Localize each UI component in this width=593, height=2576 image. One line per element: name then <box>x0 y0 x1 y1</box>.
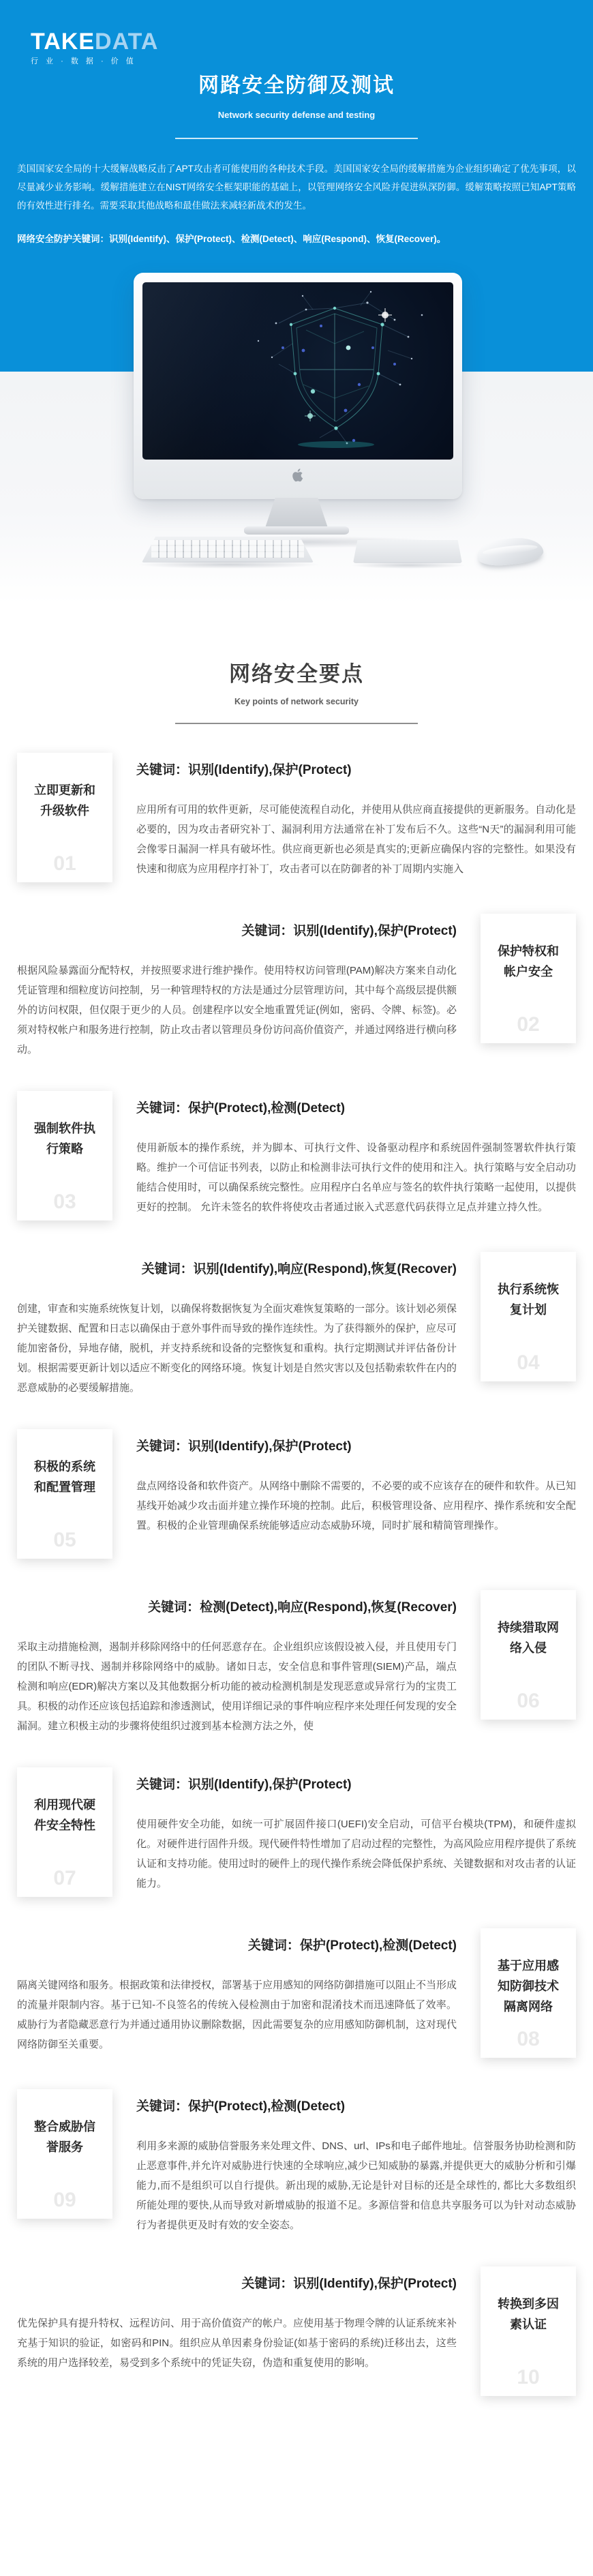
point-card: 利用现代硬件安全特性07 <box>17 1767 112 1897</box>
point-keyword-heading: 关键词：识别(Identify),响应(Respond),恢复(Recover) <box>17 1259 457 1277</box>
point-card: 立即更新和升级软件01 <box>17 753 112 882</box>
point-keyword-heading: 关键词：识别(Identify),保护(Protect) <box>136 760 576 778</box>
point-text-column: 关键词：识别(Identify),保护(Protect)优先保护具有提升特权、远… <box>17 2266 457 2373</box>
intro-paragraph: 美国国家安全局的十大缓解战略反击了APT攻击者可能使用的各种技术手段。美国国家安… <box>17 160 576 215</box>
security-point-04: 执行系统恢复计划04关键词：识别(Identify),响应(Respond),恢… <box>17 1252 576 1398</box>
point-keyword-heading: 关键词：识别(Identify),保护(Protect) <box>136 1774 576 1793</box>
section-divider <box>175 723 418 724</box>
imac-monitor <box>134 273 462 499</box>
keyboard-keys <box>151 540 304 558</box>
security-point-03: 强制软件执行策略03关键词：保护(Protect),检测(Detect)使用新版… <box>17 1091 576 1220</box>
trackpad-shadow <box>350 562 466 569</box>
point-card-number: 03 <box>53 1182 76 1212</box>
point-card-number: 09 <box>53 2181 76 2211</box>
intro-keywords-line: 网络安全防护关键词：识别(Identify)、保护(Protect)、检测(De… <box>17 231 576 245</box>
point-body-paragraph: 创建，审查和实施系统恢复计划，以确保将数据恢复为全面灾难恢复策略的一部分。该计划… <box>17 1299 457 1398</box>
point-keyword-heading: 关键词：识别(Identify),保护(Protect) <box>17 920 457 939</box>
point-card-title: 整合威胁信誉服务 <box>33 2116 97 2157</box>
imac-chin <box>142 460 453 491</box>
imac-illustration <box>0 273 593 586</box>
apple-logo-icon <box>290 467 306 483</box>
point-body-paragraph: 优先保护具有提升特权、远程访问、用于高价值资产的帐户。应使用基于物理令牌的认证系… <box>17 2313 457 2373</box>
point-card-title: 强制软件执行策略 <box>33 1118 97 1159</box>
point-card-number: 01 <box>53 844 76 874</box>
point-keyword-heading: 关键词：识别(Identify),保护(Protect) <box>136 1436 576 1454</box>
page: TAKEDATA 行 业 · 数 据 · 价 值 网路安全防御及测试 Netwo… <box>0 0 593 2471</box>
point-card-title: 执行系统恢复计划 <box>496 1279 561 1320</box>
security-point-01: 立即更新和升级软件01关键词：识别(Identify),保护(Protect)应… <box>17 753 576 882</box>
point-card-number: 07 <box>53 1859 76 1889</box>
point-keyword-heading: 关键词：保护(Protect),检测(Detect) <box>136 1098 576 1116</box>
point-body-paragraph: 盘点网络设备和软件资产。从网络中删除不需要的，不必要的或不应该存在的硬件和软件。… <box>136 1476 576 1536</box>
point-card-title: 利用现代硬件安全特性 <box>33 1795 97 1836</box>
point-text-column: 关键词：保护(Protect),检测(Detect)利用多来源的威胁信誉服务来处… <box>136 2089 576 2235</box>
point-card: 基于应用感知防御技术隔离网络08 <box>481 1928 576 2058</box>
security-points-list: 立即更新和升级软件01关键词：识别(Identify),保护(Protect)应… <box>0 753 593 2471</box>
point-card-title: 保护特权和帐户安全 <box>496 941 561 982</box>
point-keyword-heading: 关键词：保护(Protect),检测(Detect) <box>17 1935 457 1953</box>
point-card-number: 02 <box>517 1005 539 1035</box>
point-body-paragraph: 采取主动措施检测，遏制并移除网络中的任何恶意存在。企业组织应该假设被入侵，并且使… <box>17 1637 457 1736</box>
imac-screen <box>142 282 453 460</box>
point-body-paragraph: 根据风险暴露面分配特权，并按照要求进行维护操作。使用特权访问管理(PAM)解决方… <box>17 961 457 1060</box>
security-point-06: 持续猎取网络入侵06关键词：检测(Detect),响应(Respond),恢复(… <box>17 1590 576 1736</box>
hero-content: TAKEDATA 行 业 · 数 据 · 价 值 网路安全防御及测试 Netwo… <box>0 0 593 245</box>
security-point-10: 转换到多因素认证10关键词：识别(Identify),保护(Protect)优先… <box>17 2266 576 2396</box>
imac-base <box>244 526 349 535</box>
section-title: 网络安全要点 <box>0 657 593 687</box>
point-card-number: 06 <box>517 1681 539 1711</box>
point-text-column: 关键词：识别(Identify),保护(Protect)盘点网络设备和软件资产。… <box>136 1429 576 1536</box>
point-text-column: 关键词：保护(Protect),检测(Detect)隔离关键网络和服务。根据政策… <box>17 1928 457 2054</box>
point-card: 整合威胁信誉服务09 <box>17 2089 112 2219</box>
point-text-column: 关键词：保护(Protect),检测(Detect)使用新版本的操作系统，并为脚… <box>136 1091 576 1217</box>
point-card-title: 立即更新和升级软件 <box>33 780 97 821</box>
section-subtitle: Key points of network security <box>0 697 593 706</box>
point-card: 持续猎取网络入侵06 <box>481 1590 576 1720</box>
point-card-number: 08 <box>517 2020 539 2050</box>
point-card: 执行系统恢复计划04 <box>481 1252 576 1381</box>
point-card: 保护特权和帐户安全02 <box>481 914 576 1043</box>
brand-logo-text: TAKEDATA <box>31 30 158 53</box>
hero-divider <box>175 138 418 139</box>
point-body-paragraph: 应用所有可用的软件更新，尽可能使流程自动化，并使用从供应商直接提供的更新服务。自… <box>136 800 576 879</box>
point-card-title: 积极的系统和配置管理 <box>33 1456 97 1497</box>
point-card: 积极的系统和配置管理05 <box>17 1429 112 1559</box>
brand-logo: TAKEDATA 行 业 · 数 据 · 价 值 <box>31 30 158 65</box>
point-card-number: 04 <box>517 1343 539 1373</box>
keyboard <box>142 537 314 563</box>
point-text-column: 关键词：识别(Identify),响应(Respond),恢复(Recover)… <box>17 1252 457 1398</box>
page-subtitle: Network security defense and testing <box>0 110 593 120</box>
point-card-number: 10 <box>517 2358 539 2388</box>
point-card-number: 05 <box>53 1521 76 1551</box>
screen-reflection <box>142 282 453 460</box>
point-card: 转换到多因素认证10 <box>481 2266 576 2396</box>
point-body-paragraph: 使用新版本的操作系统，并为脚本、可执行文件、设备驱动程序和系统固件强制签署软件执… <box>136 1138 576 1217</box>
mouse <box>476 535 544 568</box>
point-body-paragraph: 利用多来源的威胁信誉服务来处理文件、DNS、url、IPs和电子邮件地址。信誉服… <box>136 2136 576 2235</box>
point-body-paragraph: 使用硬件安全功能，如统一可扩展固件接口(UEFI)安全启动，可信平台模块(TPM… <box>136 1814 576 1893</box>
security-point-02: 保护特权和帐户安全02关键词：识别(Identify),保护(Protect)根… <box>17 914 576 1060</box>
security-point-08: 基于应用感知防御技术隔离网络08关键词：保护(Protect),检测(Detec… <box>17 1928 576 2058</box>
point-body-paragraph: 隔离关键网络和服务。根据政策和法律授权，部署基于应用感知的网络防御措施可以阻止不… <box>17 1975 457 2054</box>
point-keyword-heading: 关键词：保护(Protect),检测(Detect) <box>136 2096 576 2114</box>
point-card: 强制软件执行策略03 <box>17 1091 112 1220</box>
point-card-title: 持续猎取网络入侵 <box>496 1617 561 1658</box>
security-point-09: 整合威胁信誉服务09关键词：保护(Protect),检测(Detect)利用多来… <box>17 2089 576 2235</box>
point-card-title: 基于应用感知防御技术隔离网络 <box>496 1956 561 2017</box>
point-text-column: 关键词：识别(Identify),保护(Protect)根据风险暴露面分配特权，… <box>17 914 457 1060</box>
security-point-07: 利用现代硬件安全特性07关键词：识别(Identify),保护(Protect)… <box>17 1767 576 1897</box>
point-keyword-heading: 关键词：识别(Identify),保护(Protect) <box>17 2273 457 2292</box>
point-keyword-heading: 关键词：检测(Detect),响应(Respond),恢复(Recover) <box>17 1597 457 1615</box>
brand-logo-main: TAKE <box>31 29 95 55</box>
point-text-column: 关键词：识别(Identify),保护(Protect)使用硬件安全功能，如统一… <box>136 1767 576 1893</box>
point-text-column: 关键词：识别(Identify),保护(Protect)应用所有可用的软件更新，… <box>136 753 576 879</box>
imac-stand <box>265 498 328 528</box>
security-point-05: 积极的系统和配置管理05关键词：识别(Identify),保护(Protect)… <box>17 1429 576 1559</box>
brand-logo-accent: DATA <box>95 29 158 55</box>
brand-tagline: 行 业 · 数 据 · 价 值 <box>31 58 158 65</box>
keyboard-shadow <box>136 560 320 569</box>
hero-section: TAKEDATA 行 业 · 数 据 · 价 值 网路安全防御及测试 Netwo… <box>0 0 593 624</box>
point-card-title: 转换到多因素认证 <box>496 2294 561 2335</box>
point-text-column: 关键词：检测(Detect),响应(Respond),恢复(Recover)采取… <box>17 1590 457 1736</box>
key-points-header: 网络安全要点 Key points of network security <box>0 624 593 724</box>
trackpad <box>353 540 462 563</box>
